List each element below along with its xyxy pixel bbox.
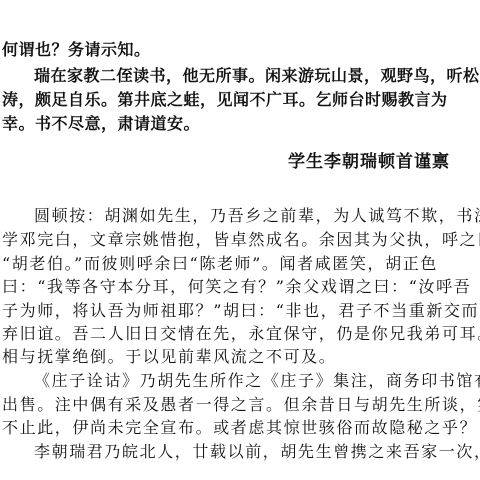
letter-line-1: 何谓也？务请示知。: [2, 40, 478, 60]
letter-line-2: 瑞在家教二侄读书，他无所事。闲来游玩山景，观野鸟，听松: [34, 66, 478, 86]
commentary-line-8: 《庄子诠诂》乃胡先生所作之《庄子》集注，商务印书馆有: [34, 371, 478, 391]
commentary-line-9: 出售。注中偶有采及愚者一得之言。但余昔日与胡先生所谈，实: [2, 395, 478, 415]
commentary-line-10: 不止此，伊尚未完全宣布。或者虑其惊世骇俗而故隐秘之乎？: [2, 418, 478, 438]
commentary-line-5: 子为师，将认吾为师祖耶？”胡曰：“非也，君子不当重新交而: [2, 301, 478, 321]
commentary-line-4: 曰：“我等各守本分耳，何笑之有？”余父戏谓之曰：“汝呼吾: [2, 277, 478, 297]
document-page: 何谓也？务请示知。 瑞在家教二侄读书，他无所事。闲来游玩山景，观野鸟，听松 涛，…: [0, 0, 480, 480]
commentary-line-1: 圆顿按：胡渊如先生，乃吾乡之前辈，为人诚笃不欺，书法: [34, 206, 478, 226]
commentary-line-6: 弃旧谊。吾二人旧日交情在先，永宜保守，仍是你兄我弟可耳。”: [2, 324, 478, 344]
letter-line-3: 涛，颇足自乐。第井底之蛙，见闻不广耳。乞师台时赐教言为: [2, 90, 478, 110]
letter-signature: 学生李朝瑞顿首谨禀: [288, 152, 450, 172]
letter-line-4: 幸。书不尽意，肃请道安。: [2, 114, 478, 134]
commentary-line-7: 相与抚掌绝倒。于以见前辈风流之不可及。: [2, 347, 478, 367]
commentary-line-2: 学邓完白，文章宗姚惜抱，皆卓然成名。余因其为父执，呼之曰: [2, 230, 478, 250]
commentary-line-11: 李朝瑞君乃皖北人，廿载以前，胡先生曾携之来吾家一次，: [34, 442, 478, 462]
commentary-line-3: “胡老伯。”而彼则呼余曰“陈老师”。闻者咸匿笑，胡正色: [2, 254, 478, 274]
